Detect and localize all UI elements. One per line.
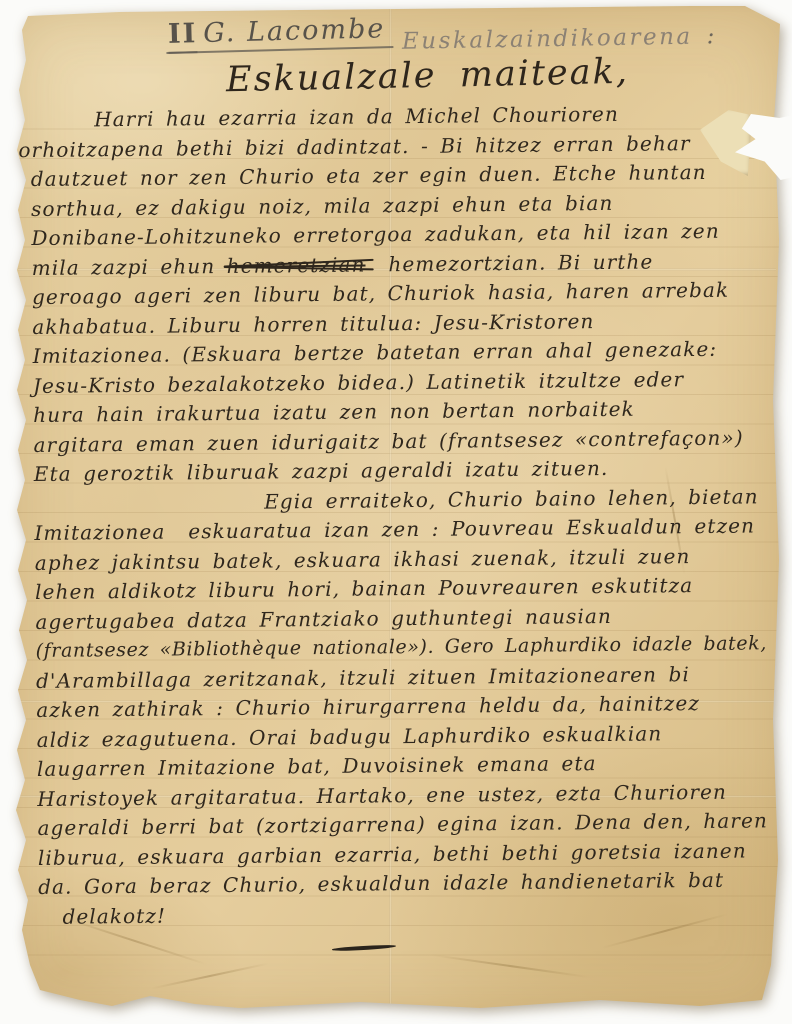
line-segment: mila zazpi ehun <box>32 253 227 279</box>
annotation-title-text: Euskalzaindikoarena <box>402 24 693 55</box>
scanned-letter: IIG. Lacombe Euskalzaindikoarena: Eskual… <box>0 0 792 1024</box>
letter-paper: IIG. Lacombe Euskalzaindikoarena: Eskual… <box>0 0 792 1024</box>
line-segment: hemezortzian. Bi urthe <box>365 249 653 276</box>
pencil-annotation: IIG. Lacombe <box>166 13 394 54</box>
pencil-title: Euskalzaindikoarena: <box>402 23 717 54</box>
annotation-colon: : <box>706 23 717 49</box>
letter-body: Harri hau ezarria izan da Michel Chourio… <box>30 98 775 932</box>
annotation-numeral: II <box>168 18 198 54</box>
salutation: Eskualzale maiteak, <box>226 52 630 100</box>
paper-shadow: IIG. Lacombe Euskalzaindikoarena: Eskual… <box>0 0 792 1024</box>
annotation-author: G. Lacombe <box>203 13 386 49</box>
struck-word: hemeretzian <box>227 252 366 277</box>
